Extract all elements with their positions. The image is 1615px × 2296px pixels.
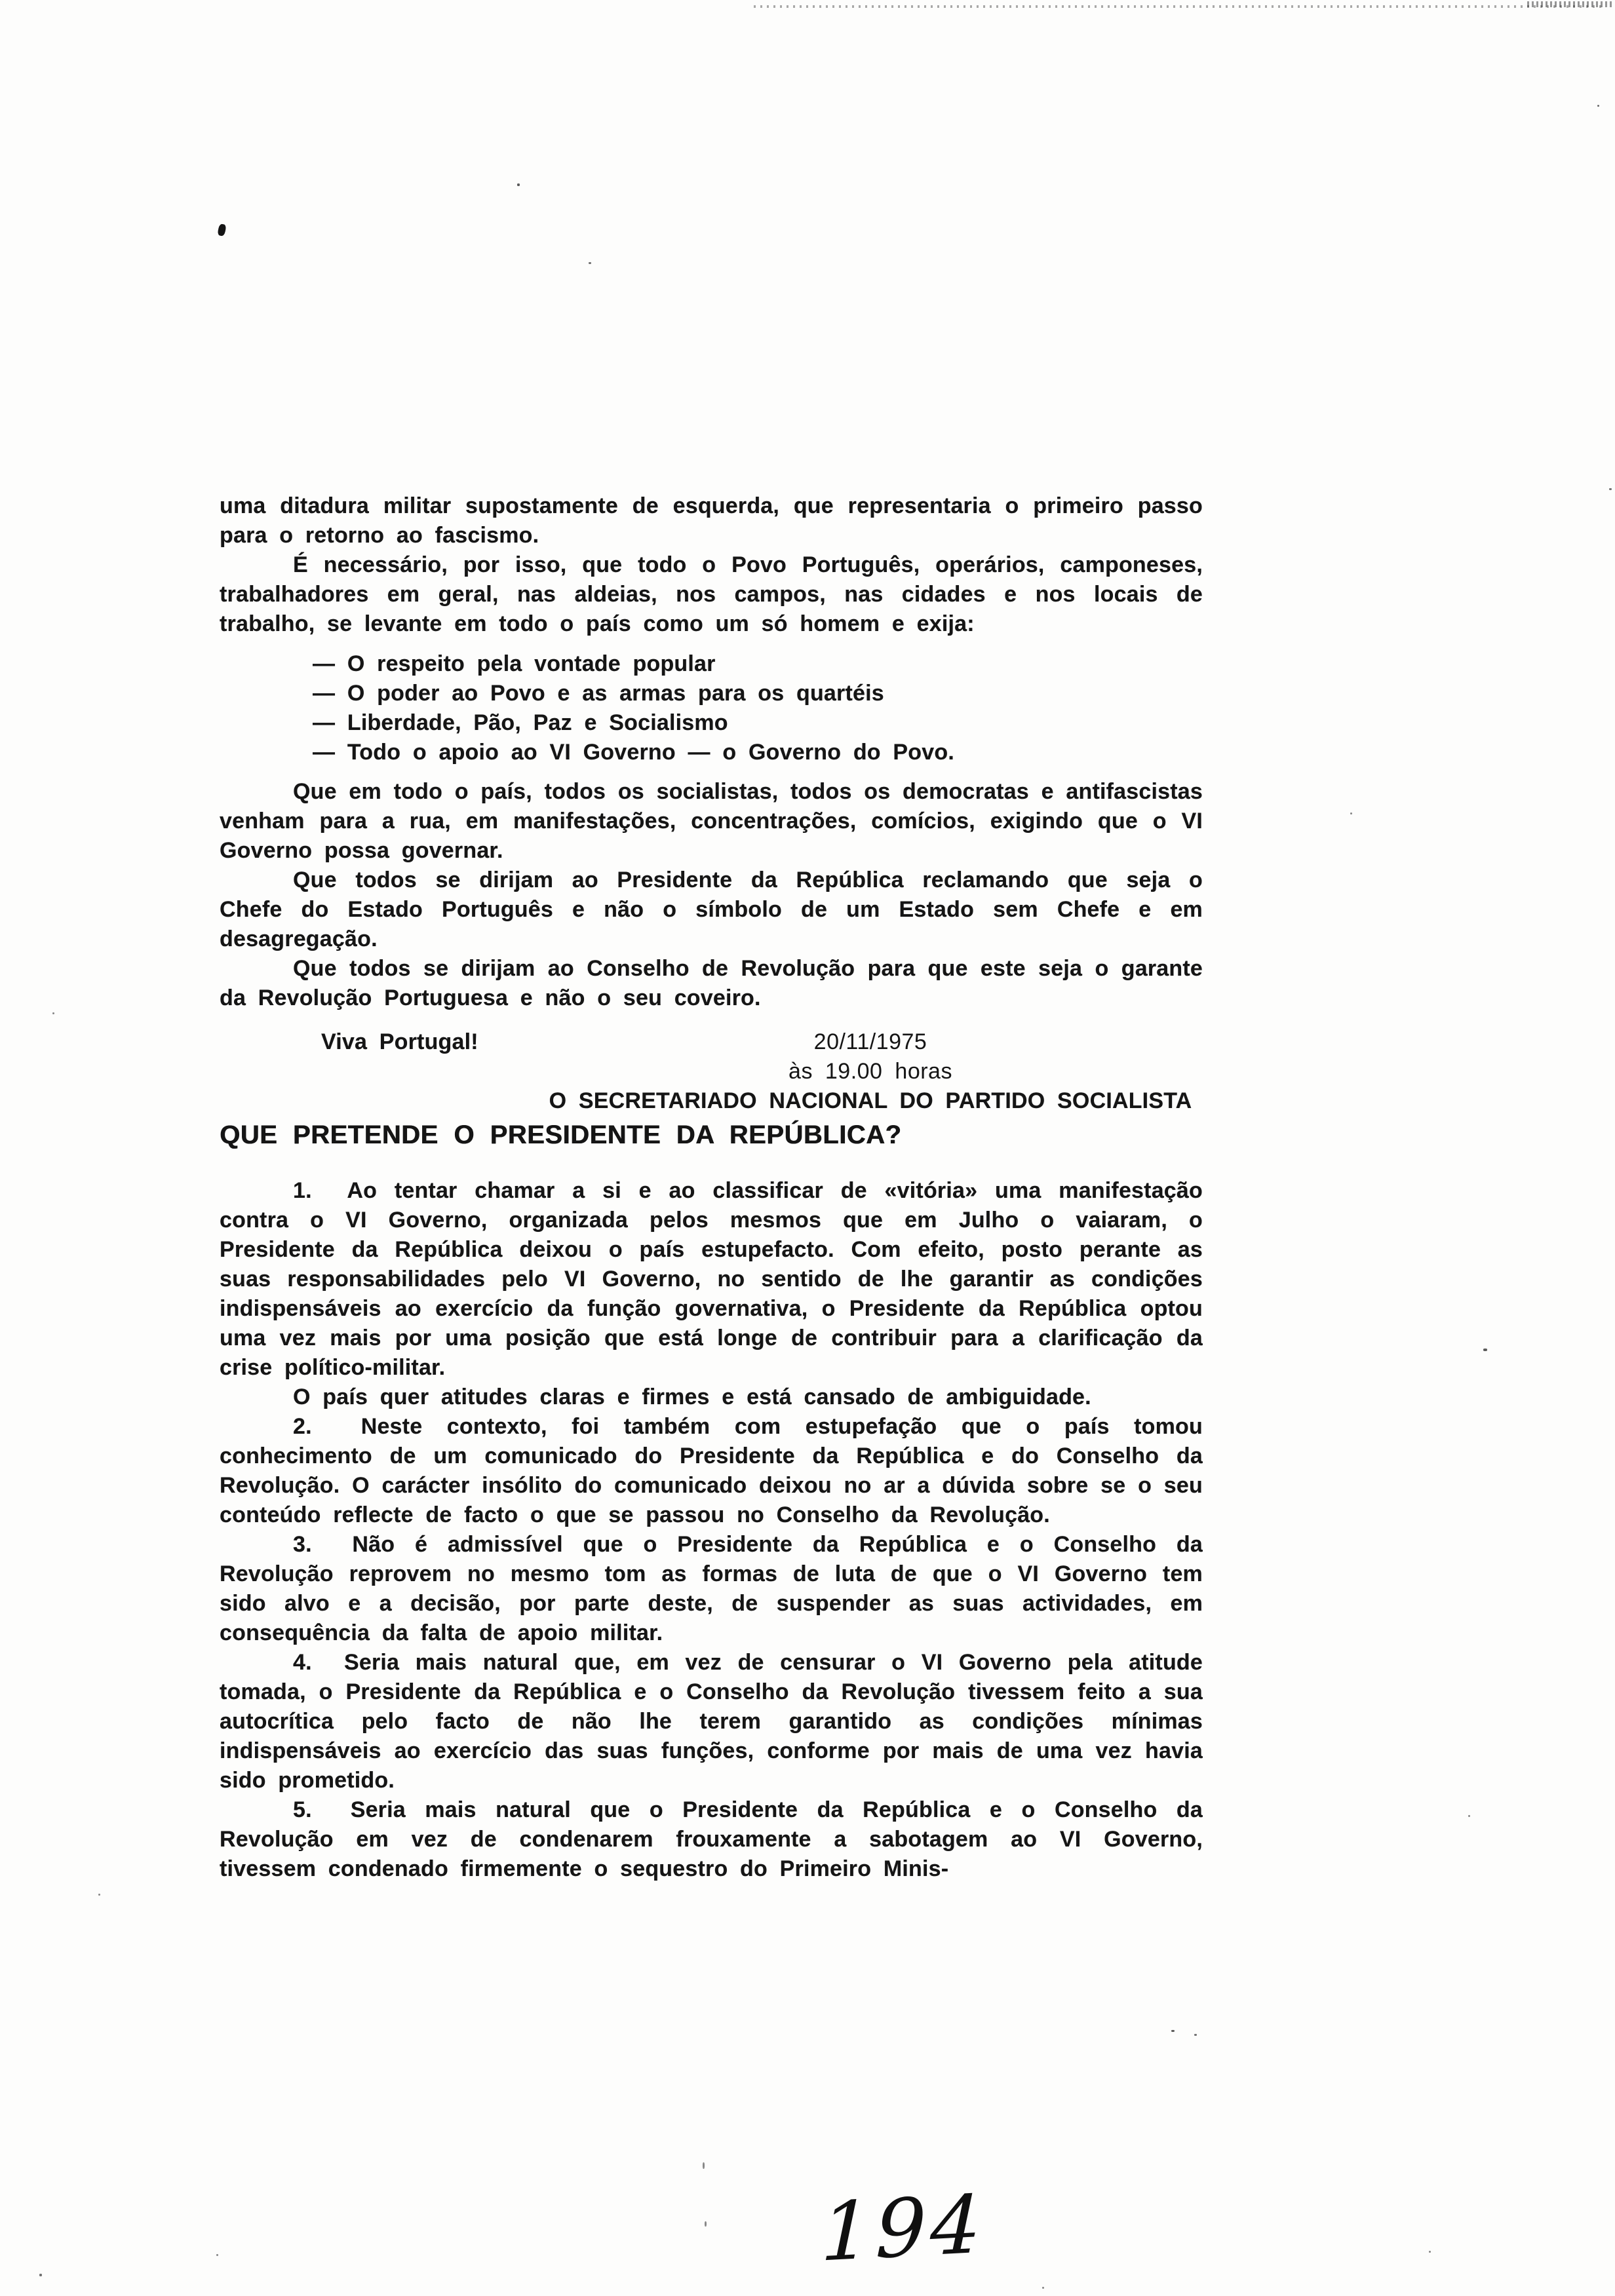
closing-viva: Viva Portugal! (321, 1027, 478, 1057)
scan-speck (1597, 105, 1599, 107)
article-section: 1. Ao tentar chamar a si e ao classifica… (220, 1176, 1203, 1884)
scan-speck (98, 1894, 100, 1896)
body-paragraph: Que todos se dirijam ao Conselho de Revo… (220, 954, 1203, 1013)
article-paragraph: 4. Seria mais natural que, em vez de cen… (220, 1648, 1203, 1795)
scan-dot-band-corner (1527, 1, 1612, 7)
demand-item: — Todo o apoio ao VI Governo — o Governo… (313, 738, 1203, 767)
continuation-paragraph: uma ditadura militar supostamente de esq… (220, 491, 1203, 550)
scan-speck (216, 2254, 218, 2256)
signature-block: Viva Portugal! 20/11/1975 às 19.00 horas… (220, 1027, 1203, 1120)
article-paragraph: 5. Seria mais natural que o Presidente d… (220, 1795, 1203, 1884)
scanned-document-page: uma ditadura militar supostamente de esq… (0, 0, 1615, 2296)
demands-list: — O respeito pela vontade popular — O po… (220, 649, 1203, 767)
body-paragraph: Que em todo o país, todos os socialistas… (220, 777, 1203, 866)
demand-item: — O poder ao Povo e as armas para os qua… (313, 679, 1203, 708)
signature-center-block: 20/11/1975 às 19.00 horas O SECRETARIADO… (533, 1027, 1208, 1116)
scan-speck (1194, 2034, 1197, 2036)
scan-speck (1468, 1815, 1470, 1817)
scan-speck (1171, 2030, 1175, 2032)
scan-speck (1609, 488, 1612, 490)
article-paragraph: O país quer atitudes claras e firmes e e… (220, 1383, 1203, 1412)
scan-speck (703, 2162, 705, 2169)
scan-speck (1042, 2287, 1044, 2289)
article-paragraph: 2. Neste contexto, foi também com estupe… (220, 1412, 1203, 1530)
scan-speck (705, 2221, 707, 2227)
signature-time: às 19.00 horas (533, 1057, 1208, 1086)
demand-item: — Liberdade, Pão, Paz e Socialismo (313, 708, 1203, 738)
signature-date: 20/11/1975 (533, 1027, 1208, 1057)
scan-speck (39, 2274, 42, 2276)
body-paragraph: Que todos se dirijam ao Presidente da Re… (220, 866, 1203, 954)
scan-mark (217, 223, 227, 237)
intro-paragraph: É necessário, por isso, que todo o Povo … (220, 550, 1203, 639)
scan-speck (1483, 1349, 1487, 1351)
signature-name: O SECRETARIADO NACIONAL DO PARTIDO SOCIA… (533, 1086, 1208, 1116)
demand-item: — O respeito pela vontade popular (313, 649, 1203, 679)
scan-speck (1350, 813, 1352, 814)
scan-dot-band (754, 5, 1603, 8)
scan-speck (52, 1012, 54, 1014)
scan-speck (1429, 2251, 1431, 2253)
scan-speck (589, 262, 591, 264)
article-title: QUE PRETENDE O PRESIDENTE DA REPÚBLICA? (220, 1120, 1203, 1150)
document-text-column: uma ditadura militar supostamente de esq… (220, 491, 1203, 1884)
article-paragraph: 3. Não é admissível que o Presidente da … (220, 1530, 1203, 1648)
communique-section: uma ditadura militar supostamente de esq… (220, 491, 1203, 1120)
scan-speck (517, 183, 520, 186)
article-paragraph: 1. Ao tentar chamar a si e ao classifica… (220, 1176, 1203, 1383)
handwritten-page-number: 194 (820, 2177, 986, 2279)
